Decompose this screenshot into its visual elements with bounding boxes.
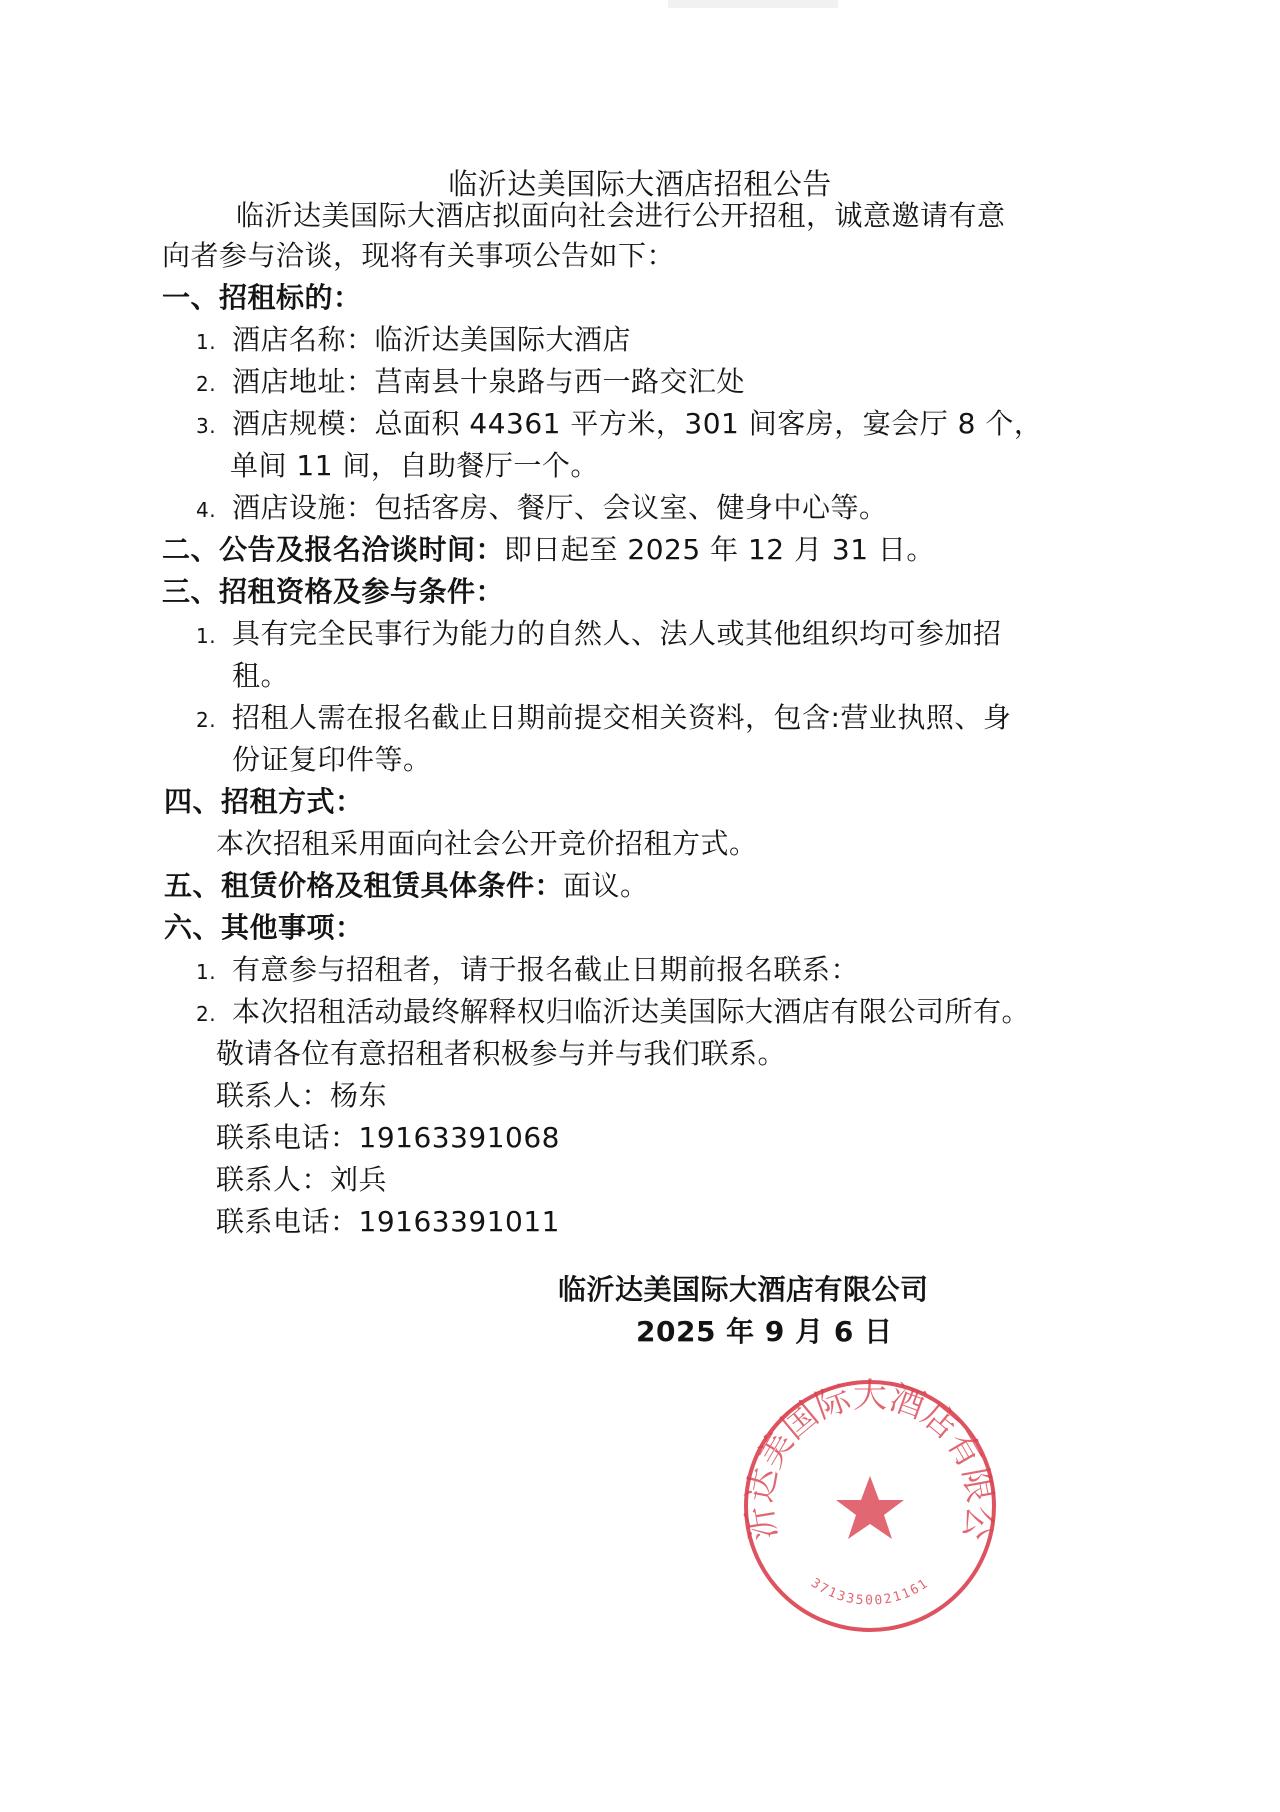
item-text: 具有完全民事行为能力的自然人、法人或其他组织均可参加招: [232, 617, 1002, 650]
item-number: 1.: [196, 952, 232, 992]
signature-date: 2025 年 9 月 6 日: [636, 1312, 893, 1352]
section3-item-2-cont: 份证复印件等。: [232, 740, 432, 780]
section6-item-2: 2.本次招租活动最终解释权归临沂达美国际大酒店有限公司所有。: [196, 992, 1030, 1034]
section2-text: 即日起至 2025 年 12 月 31 日。: [504, 533, 935, 566]
contact-value: 杨东: [330, 1079, 387, 1112]
section6-item-1: 1.有意参与招租者，请于报名截止日期前报名联系：: [196, 950, 859, 992]
item-text: 酒店地址：莒南县十泉路与西一路交汇处: [232, 365, 745, 398]
section5-text: 面议。: [563, 869, 649, 902]
section1-item-1: 1.酒店名称：临沂达美国际大酒店: [196, 320, 631, 362]
section6-heading: 六、其他事项：: [164, 908, 364, 948]
section1-item-2: 2.酒店地址：莒南县十泉路与西一路交汇处: [196, 362, 745, 404]
section3-item-2: 2.招租人需在报名截止日期前提交相关资料，包含:营业执照、身: [196, 698, 1011, 740]
section4-text: 本次招租采用面向社会公开竞价招租方式。: [216, 824, 758, 864]
item-text: 本次招租活动最终解释权归临沂达美国际大酒店有限公司所有。: [232, 995, 1030, 1028]
item-number: 2.: [196, 364, 232, 404]
contact-value: 19163391068: [359, 1121, 560, 1154]
section1-item-3-cont: 单间 11 间，自助餐厅一个。: [230, 446, 599, 486]
contact-value: 刘兵: [330, 1163, 387, 1196]
scan-edge-mark: [668, 0, 838, 8]
section6-closing: 敬请各位有意招租者积极参与并与我们联系。: [216, 1034, 786, 1074]
contact-label: 联系电话：: [216, 1121, 359, 1154]
section3-item-1-cont: 租。: [232, 656, 289, 696]
item-text: 酒店名称：临沂达美国际大酒店: [232, 323, 631, 356]
document-page: 临沂达美国际大酒店招租公告 临沂达美国际大酒店拟面向社会进行公开招租，诚意邀请有…: [0, 0, 1280, 1812]
contact-phone-1: 联系电话：19163391068: [216, 1118, 560, 1158]
item-number: 1.: [196, 322, 232, 362]
section3-item-1: 1.具有完全民事行为能力的自然人、法人或其他组织均可参加招: [196, 614, 1002, 656]
intro-line-1: 临沂达美国际大酒店拟面向社会进行公开招租，诚意邀请有意: [236, 196, 1006, 236]
contact-label: 联系人：: [216, 1163, 330, 1196]
section1-heading: 一、招租标的：: [162, 278, 362, 318]
contact-phone-2: 联系电话：19163391011: [216, 1202, 560, 1242]
intro-line-2: 向者参与洽谈，现将有关事项公告如下：: [162, 236, 675, 276]
contact-person-1: 联系人：杨东: [216, 1076, 387, 1116]
contact-label: 联系人：: [216, 1079, 330, 1112]
contact-person-2: 联系人：刘兵: [216, 1160, 387, 1200]
item-number: 3.: [196, 406, 232, 446]
section4-heading: 四、招租方式：: [164, 782, 364, 822]
item-text: 招租人需在报名截止日期前提交相关资料，包含:营业执照、身: [232, 701, 1011, 734]
signature-company: 临沂达美国际大酒店有限公司: [558, 1270, 929, 1310]
svg-text:3713350021161: 3713350021161: [808, 1576, 932, 1609]
item-text: 酒店规模：总面积 44361 平方米，301 间客房，宴会厅 8 个，: [232, 407, 1042, 440]
item-number: 4.: [196, 490, 232, 530]
section5-heading: 五、租赁价格及租赁具体条件：: [164, 869, 563, 902]
section5: 五、租赁价格及租赁具体条件：面议。: [164, 866, 649, 906]
item-number: 1.: [196, 616, 232, 656]
section1-item-3: 3.酒店规模：总面积 44361 平方米，301 间客房，宴会厅 8 个，: [196, 404, 1042, 446]
contact-value: 19163391011: [359, 1205, 560, 1238]
item-text: 有意参与招租者，请于报名截止日期前报名联系：: [232, 953, 859, 986]
section2-heading: 二、公告及报名洽谈时间：: [162, 533, 504, 566]
section3-heading: 三、招租资格及参与条件：: [162, 572, 504, 612]
contact-label: 联系电话：: [216, 1205, 359, 1238]
item-text: 酒店设施：包括客房、餐厅、会议室、健身中心等。: [232, 491, 888, 524]
seal-code: 3713350021161: [808, 1576, 932, 1609]
section2: 二、公告及报名洽谈时间：即日起至 2025 年 12 月 31 日。: [162, 530, 935, 570]
item-number: 2.: [196, 994, 232, 1034]
item-number: 2.: [196, 700, 232, 740]
section1-item-4: 4.酒店设施：包括客房、餐厅、会议室、健身中心等。: [196, 488, 888, 530]
company-seal-icon: 临沂达美国际大酒店有限公司 3713350021161: [742, 1378, 998, 1634]
